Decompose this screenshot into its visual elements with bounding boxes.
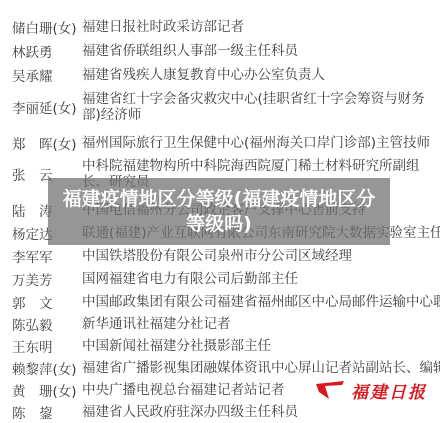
list-item: 王东明 中国新闻社福建分社摄影部主任 bbox=[12, 336, 440, 356]
list-item: 李丽延(女) 福建省红十字会备灾救灾中心(挂职省红十字会筹资与财务部)经济师 bbox=[12, 91, 440, 123]
person-title: 新华通讯社福建分社记者 bbox=[82, 316, 440, 332]
person-name: 万美芳 bbox=[12, 269, 82, 289]
person-title: 中国铁塔股份有限公司泉州市分公司区域经理 bbox=[82, 248, 440, 264]
newspaper-logo: 福建日报 bbox=[315, 378, 435, 402]
person-name: 李军军 bbox=[12, 246, 82, 266]
person-name: 陈弘毅 bbox=[12, 314, 82, 334]
list-item: 赖黎萍(女) 福建省广播影视集团融媒体资讯中心屏山记者站副站长、编辑 bbox=[12, 358, 440, 378]
person-name: 郭 文 bbox=[12, 292, 82, 312]
person-name: 储白珊(女) bbox=[12, 17, 82, 37]
person-title: 国网福建省电力有限公司后勤部主任 bbox=[82, 271, 440, 287]
list-item: 陈 鋆 福建省人民政府驻深办四级主任科员 bbox=[12, 402, 440, 422]
person-title: 福建省残疾人康复教育中心办公室负责人 bbox=[82, 67, 440, 83]
person-name: 林跃勇 bbox=[12, 41, 82, 61]
person-name: 赖黎萍(女) bbox=[12, 358, 82, 378]
person-title: 中国邮政集团有限公司福建省福州邮区中心局邮件运输中心职工 bbox=[82, 294, 440, 310]
person-title: 中国新闻社福建分社摄影部主任 bbox=[82, 338, 440, 354]
person-name: 黄 珊(女) bbox=[12, 380, 82, 400]
list-item: 陈弘毅 新华通讯社福建分社记者 bbox=[12, 314, 440, 334]
person-title: 福州国际旅行卫生保健中心(福州海关口岸门诊部)主管技师 bbox=[82, 135, 440, 151]
person-title: 福建省人民政府驻深办四级主任科员 bbox=[82, 404, 440, 420]
list-item: 林跃勇 福建省侨联组织人事部一级主任科员 bbox=[12, 41, 440, 61]
swoosh-logo-icon bbox=[315, 380, 345, 400]
list-item: 郑 晖(女) 福州国际旅行卫生保健中心(福州海关口岸门诊部)主管技师 bbox=[12, 133, 440, 153]
title-overlay: 福建疫情地区分等级(福建疫情地区分等级吗) bbox=[48, 178, 390, 245]
list-item: 储白珊(女) 福建日报社时政采访部记者 bbox=[12, 17, 440, 37]
person-title: 福建日报社时政采访部记者 bbox=[82, 19, 440, 35]
person-name: 王东明 bbox=[12, 336, 82, 356]
overlay-title: 福建疫情地区分等级(福建疫情地区分等级吗) bbox=[59, 187, 379, 237]
person-name: 陈 鋆 bbox=[12, 402, 82, 422]
list-item: 万美芳 国网福建省电力有限公司后勤部主任 bbox=[12, 269, 440, 289]
list-item: 李军军 中国铁塔股份有限公司泉州市分公司区域经理 bbox=[12, 246, 440, 266]
list-item: 郭 文 中国邮政集团有限公司福建省福州邮区中心局邮件运输中心职工 bbox=[12, 292, 440, 312]
person-name: 郑 晖(女) bbox=[12, 133, 82, 153]
list-item: 吴承耀 福建省残疾人康复教育中心办公室负责人 bbox=[12, 65, 440, 85]
logo-text: 福建日报 bbox=[351, 378, 427, 403]
person-title: 福建省广播影视集团融媒体资讯中心屏山记者站副站长、编辑 bbox=[82, 360, 440, 376]
person-title: 福建省红十字会备灾救灾中心(挂职省红十字会筹资与财务部)经济师 bbox=[82, 91, 440, 123]
person-title: 福建省侨联组织人事部一级主任科员 bbox=[82, 43, 440, 59]
person-name: 李丽延(女) bbox=[12, 97, 82, 117]
person-name: 吴承耀 bbox=[12, 65, 82, 85]
